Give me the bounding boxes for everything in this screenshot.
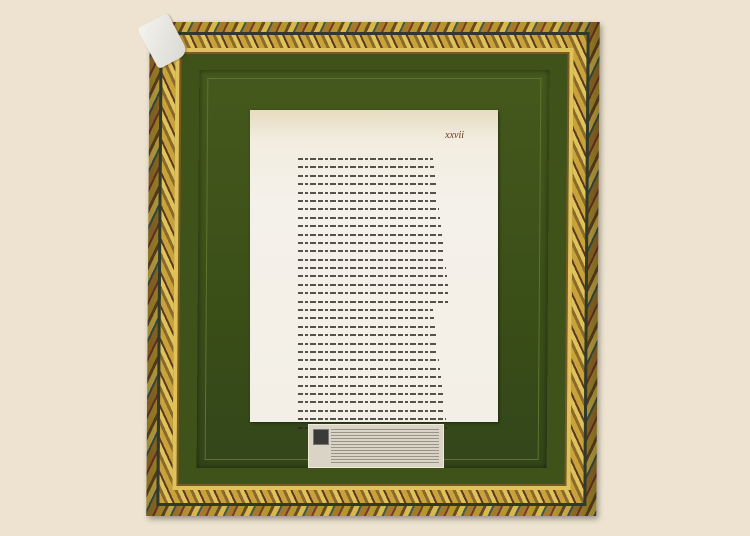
script-line	[298, 292, 449, 294]
script-line	[298, 175, 435, 177]
descriptive-placard: Descriptive placard (illegible)	[308, 424, 444, 468]
script-line	[298, 393, 443, 395]
script-line	[298, 410, 445, 412]
script-line	[298, 259, 445, 261]
script-line	[298, 192, 437, 194]
script-line	[298, 326, 435, 328]
folio-number: xxvii	[445, 130, 464, 141]
script-line	[298, 317, 434, 319]
script-line	[298, 359, 439, 361]
script-line	[298, 242, 443, 244]
script-line	[298, 334, 436, 336]
script-line	[298, 200, 438, 202]
script-line	[298, 284, 448, 286]
script-line	[298, 368, 440, 370]
script-line	[298, 275, 447, 277]
script-line	[298, 234, 442, 236]
placard-illustration-icon	[313, 429, 329, 445]
script-line	[298, 183, 436, 185]
script-line	[298, 418, 446, 420]
script-line	[298, 208, 439, 210]
script-line	[298, 225, 441, 227]
script-line	[298, 166, 434, 168]
script-line	[298, 351, 438, 353]
script-line	[298, 267, 446, 269]
script-line	[298, 301, 450, 303]
manuscript-leaf: xxvii	[250, 110, 498, 422]
script-line	[298, 343, 437, 345]
script-line	[298, 158, 433, 160]
handwritten-text-block	[298, 158, 448, 435]
script-line	[298, 401, 444, 403]
script-line	[298, 376, 441, 378]
script-line	[298, 250, 444, 252]
script-line	[298, 385, 442, 387]
script-line	[298, 217, 440, 219]
placard-text	[331, 429, 439, 463]
script-line	[298, 309, 433, 311]
